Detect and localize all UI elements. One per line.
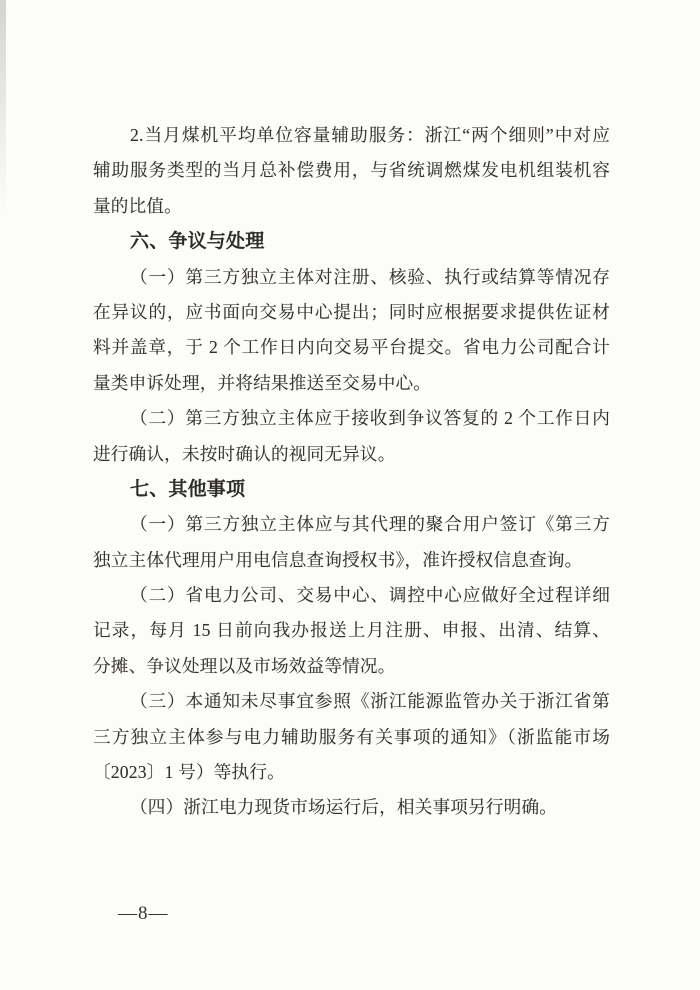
paragraph-line: （一）第三方独立主体对注册、核验、执行或结算等情况存 <box>93 260 610 295</box>
document-page: 2.当月煤机平均单位容量辅助服务：浙江“两个细则”中对应辅助服务类型的当月总补偿… <box>0 0 700 990</box>
paragraph-line: 进行确认，未按时确认的视同无异议。 <box>93 437 610 472</box>
paragraph-line: 辅助服务类型的当月总补偿费用，与省统调燃煤发电机组装机容 <box>93 153 610 188</box>
page-number: —8— <box>118 903 169 925</box>
paragraph-line: 独立主体代理用户用电信息查询授权书》，准许授权信息查询。 <box>93 543 610 578</box>
section-heading-line: 六、争议与处理 <box>93 224 610 259</box>
paragraph-line: 〔2023〕1 号）等执行。 <box>93 755 610 790</box>
paragraph-line: （三）本通知未尽事宜参照《浙江能源监管办关于浙江省第 <box>93 684 610 719</box>
paragraph-line: 记录，每月 15 日前向我办报送上月注册、申报、出清、结算、 <box>93 613 610 648</box>
paragraph-line: 量的比值。 <box>93 189 610 224</box>
paragraph-line: 量类申诉处理，并将结果推送至交易中心。 <box>93 366 610 401</box>
paragraph-line: （二）省电力公司、交易中心、调控中心应做好全过程详细 <box>93 578 610 613</box>
paragraph-line: 分摊、争议处理以及市场效益等情况。 <box>93 649 610 684</box>
paragraph-line: （四）浙江电力现货市场运行后，相关事项另行明确。 <box>93 790 610 825</box>
document-body: 2.当月煤机平均单位容量辅助服务：浙江“两个细则”中对应辅助服务类型的当月总补偿… <box>93 118 610 826</box>
paragraph-line: 2.当月煤机平均单位容量辅助服务：浙江“两个细则”中对应 <box>93 118 610 153</box>
paragraph-line: 在异议的，应书面向交易中心提出；同时应根据要求提供佐证材 <box>93 295 610 330</box>
section-heading-line: 七、其他事项 <box>93 472 610 507</box>
paragraph-line: 料并盖章，于 2 个工作日内向交易平台提交。省电力公司配合计 <box>93 330 610 365</box>
paragraph-line: （一）第三方独立主体应与其代理的聚合用户签订《第三方 <box>93 507 610 542</box>
paragraph-line: 三方独立主体参与电力辅助服务有关事项的通知》（浙监能市场 <box>93 720 610 755</box>
paragraph-line: （二）第三方独立主体应于接收到争议答复的 2 个工作日内 <box>93 401 610 436</box>
scan-edge-shadow <box>0 0 6 215</box>
